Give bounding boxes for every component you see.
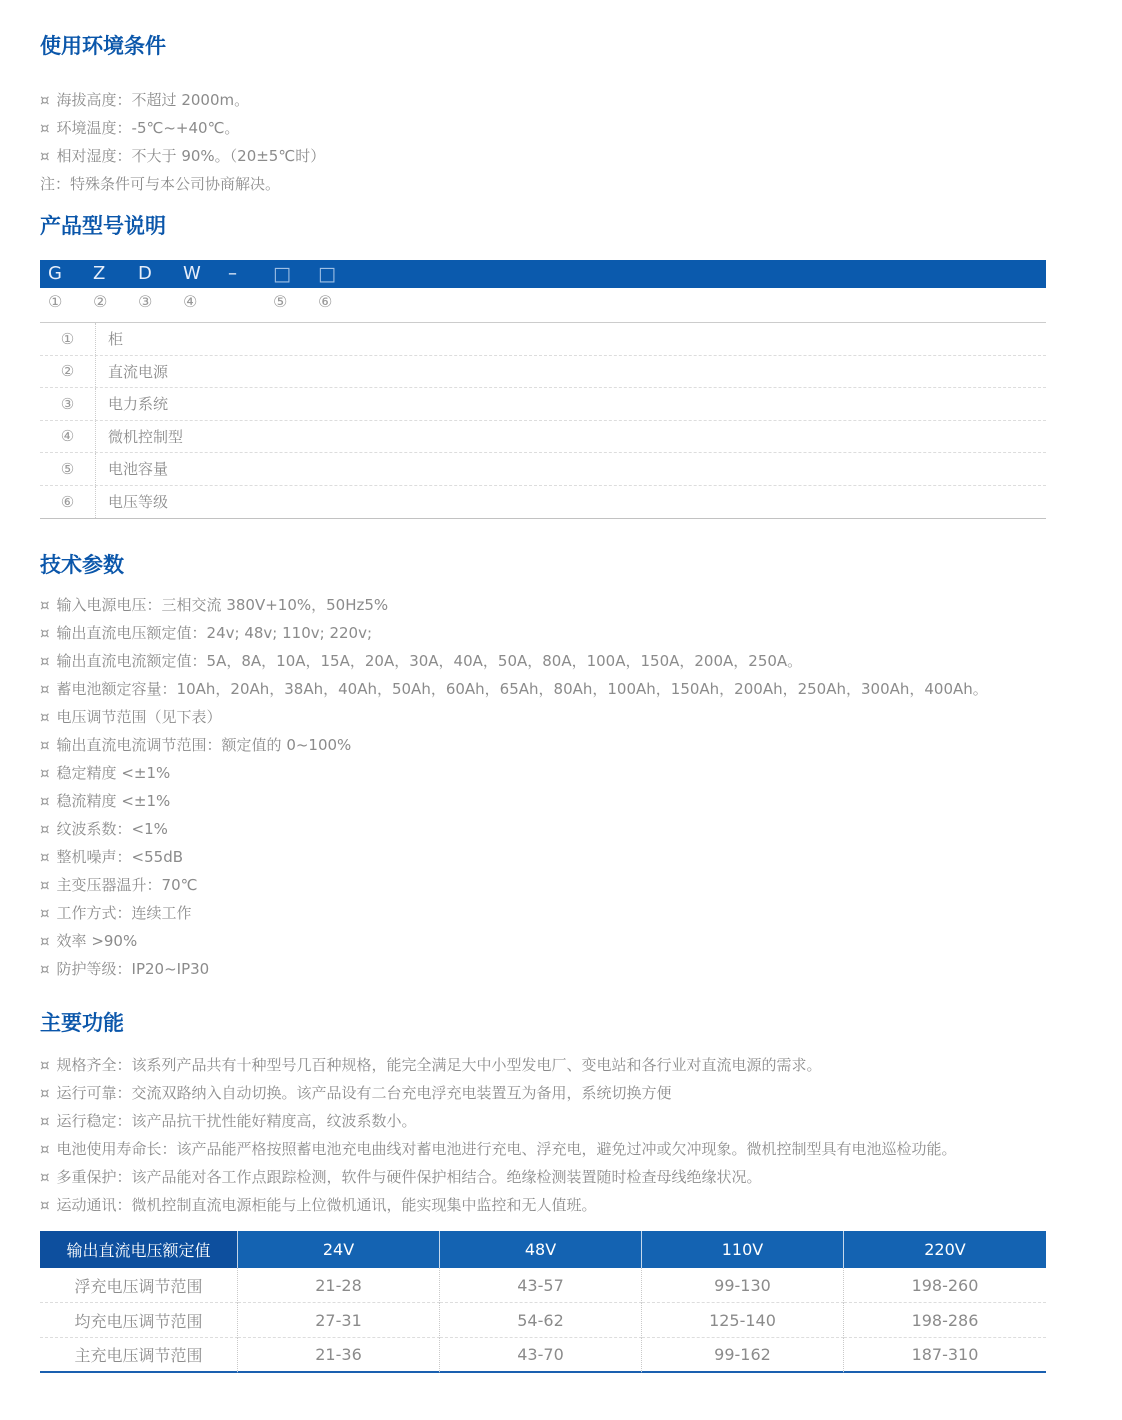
functions-title: 主要功能 xyxy=(40,1011,1082,1035)
tech-item: ¤效率 >90% xyxy=(40,927,1082,955)
voltage-table-cell: 主充电压调节范围 xyxy=(40,1338,238,1373)
bullet-marker: ¤ xyxy=(40,820,50,838)
tech-item: ¤工作方式：连续工作 xyxy=(40,899,1082,927)
tech-item-text: 输出直流电流额定值：5A，8A，10A，15A，20A，30A，40A，50A，… xyxy=(57,652,803,670)
table-row: ⑥ 电压等级 xyxy=(40,486,1046,519)
tech-item: ¤电压调节范围（见下表） xyxy=(40,703,1082,731)
position-mark-empty xyxy=(224,290,269,314)
tech-item-text: 工作方式：连续工作 xyxy=(57,904,192,922)
model-code-placeholder-box: □ xyxy=(314,260,359,288)
bullet-marker: ¤ xyxy=(40,764,50,782)
tech-item-text: 输出直流电压额定值：24v; 48v; 110v; 220v; xyxy=(57,624,372,642)
bullet-marker: ¤ xyxy=(40,596,50,614)
tech-item-text: 输入电源电压：三相交流 380V+10%，50Hz5% xyxy=(57,596,389,614)
voltage-table-header-cell: 220V xyxy=(844,1231,1046,1268)
function-item: ¤运行可靠：交流双路纳入自动切换。该产品设有二台充电浮充电装置互为备用，系统切换… xyxy=(40,1079,1082,1107)
tech-item-text: 蓄电池额定容量：10Ah，20Ah，38Ah，40Ah，50Ah，60Ah，65… xyxy=(57,680,988,698)
voltage-table-header-row: 输出直流电压额定值 24V 48V 110V 220V xyxy=(40,1231,1046,1268)
voltage-table-header-cell: 输出直流电压额定值 xyxy=(40,1231,238,1268)
section-model: 产品型号说明 G Z D W – □ □ ① ② ③ ④ ⑤ ⑥ ① 柜 ② xyxy=(40,214,1082,519)
voltage-table-cell: 125-140 xyxy=(642,1303,844,1338)
function-item-text: 电池使用寿命长：该产品能严格按照蓄电池充电曲线对蓄电池进行充电、浮充电，避免过冲… xyxy=(57,1140,957,1158)
model-title: 产品型号说明 xyxy=(40,214,1082,238)
tech-item: ¤蓄电池额定容量：10Ah，20Ah，38Ah，40Ah，50Ah，60Ah，6… xyxy=(40,675,1082,703)
voltage-table-cell: 54-62 xyxy=(440,1303,642,1338)
environment-list: ¤海拔高度：不超过 2000m。 ¤环境温度：-5℃~+40℃。 ¤相对湿度：不… xyxy=(40,86,1082,198)
voltage-table-cell: 27-31 xyxy=(238,1303,440,1338)
row-number: ③ xyxy=(40,388,96,420)
voltage-table-cell: 198-260 xyxy=(844,1268,1046,1303)
tech-item-text: 稳定精度 <±1% xyxy=(57,764,171,782)
environment-note: 注：特殊条件可与本公司协商解决。 xyxy=(40,170,1082,198)
row-label: 直流电源 xyxy=(96,356,168,388)
voltage-table-cell: 43-57 xyxy=(440,1268,642,1303)
row-label: 电池容量 xyxy=(96,453,168,485)
voltage-table-header-cell: 110V xyxy=(642,1231,844,1268)
table-row: ④ 微机控制型 xyxy=(40,421,1046,454)
bullet-marker: ¤ xyxy=(40,1084,50,1102)
tech-item: ¤输入电源电压：三相交流 380V+10%，50Hz5% xyxy=(40,591,1082,619)
tech-item: ¤防护等级：IP20~IP30 xyxy=(40,955,1082,983)
function-item: ¤多重保护：该产品能对各工作点跟踪检测，软件与硬件保护相结合。绝缘检测装置随时检… xyxy=(40,1163,1082,1191)
bullet-marker: ¤ xyxy=(40,1140,50,1158)
document-page: 使用环境条件 ¤海拔高度：不超过 2000m。 ¤环境温度：-5℃~+40℃。 … xyxy=(0,0,1122,1373)
position-mark: ④ xyxy=(179,290,224,314)
bullet-marker: ¤ xyxy=(40,904,50,922)
position-mark: ① xyxy=(44,290,89,314)
function-item: ¤规格齐全：该系列产品共有十种型号几百种规格，能完全满足大中小型发电厂、变电站和… xyxy=(40,1051,1082,1079)
voltage-table-cell: 99-130 xyxy=(642,1268,844,1303)
bullet-marker: ¤ xyxy=(40,1112,50,1130)
tech-item-text: 电压调节范围（见下表） xyxy=(57,708,222,726)
function-item-text: 多重保护：该产品能对各工作点跟踪检测，软件与硬件保护相结合。绝缘检测装置随时检查… xyxy=(57,1168,762,1186)
voltage-table: 输出直流电压额定值 24V 48V 110V 220V 浮充电压调节范围 21-… xyxy=(40,1231,1046,1373)
tech-item-text: 效率 >90% xyxy=(57,932,138,950)
row-number: ⑥ xyxy=(40,486,96,519)
environment-item-text: 相对湿度：不大于 90%。（20±5℃时） xyxy=(57,147,326,165)
function-item: ¤运行稳定：该产品抗干扰性能好精度高，纹波系数小。 xyxy=(40,1107,1082,1135)
bullet-marker: ¤ xyxy=(40,932,50,950)
tech-title: 技术参数 xyxy=(40,553,1082,577)
model-code-bar: G Z D W – □ □ xyxy=(40,260,1046,288)
bullet-marker: ¤ xyxy=(40,792,50,810)
voltage-table-row: 主充电压调节范围 21-36 43-70 99-162 187-310 xyxy=(40,1338,1046,1373)
bullet-marker: ¤ xyxy=(40,848,50,866)
voltage-table-row: 浮充电压调节范围 21-28 43-57 99-130 198-260 xyxy=(40,1268,1046,1303)
model-code-placeholder-box: □ xyxy=(269,260,314,288)
function-item-text: 运行可靠：交流双路纳入自动切换。该产品设有二台充电浮充电装置互为备用，系统切换方… xyxy=(57,1084,672,1102)
tech-item-text: 防护等级：IP20~IP30 xyxy=(57,960,210,978)
voltage-table-cell: 21-28 xyxy=(238,1268,440,1303)
environment-item-text: 环境温度：-5℃~+40℃。 xyxy=(57,119,240,137)
voltage-table-cell: 187-310 xyxy=(844,1338,1046,1373)
voltage-table-cell: 浮充电压调节范围 xyxy=(40,1268,238,1303)
model-legend-table: ① 柜 ② 直流电源 ③ 电力系统 ④ 微机控制型 ⑤ 电池容量 ⑥ 电压等级 xyxy=(40,322,1046,519)
position-mark: ⑥ xyxy=(314,290,359,314)
row-number: ① xyxy=(40,323,96,355)
row-label: 电力系统 xyxy=(96,388,168,420)
voltage-table-row: 均充电压调节范围 27-31 54-62 125-140 198-286 xyxy=(40,1303,1046,1338)
voltage-table-cell: 21-36 xyxy=(238,1338,440,1373)
table-row: ③ 电力系统 xyxy=(40,388,1046,421)
bullet-marker: ¤ xyxy=(40,680,50,698)
environment-item: ¤海拔高度：不超过 2000m。 xyxy=(40,86,1082,114)
bullet-marker: ¤ xyxy=(40,736,50,754)
position-mark: ② xyxy=(89,290,134,314)
environment-title: 使用环境条件 xyxy=(40,34,1082,58)
section-tech-params: 技术参数 ¤输入电源电压：三相交流 380V+10%，50Hz5% ¤输出直流电… xyxy=(40,553,1082,983)
environment-item-text: 海拔高度：不超过 2000m。 xyxy=(57,91,250,109)
row-number: ⑤ xyxy=(40,453,96,485)
model-code-letter: G xyxy=(44,260,89,288)
table-row: ② 直流电源 xyxy=(40,356,1046,389)
table-row: ⑤ 电池容量 xyxy=(40,453,1046,486)
bullet-marker: ¤ xyxy=(40,147,50,165)
voltage-table-cell: 43-70 xyxy=(440,1338,642,1373)
model-code-letter: D xyxy=(134,260,179,288)
tech-item: ¤整机噪声：<55dB xyxy=(40,843,1082,871)
row-number: ④ xyxy=(40,421,96,453)
bullet-marker: ¤ xyxy=(40,1056,50,1074)
environment-note-text: 注：特殊条件可与本公司协商解决。 xyxy=(40,175,280,193)
function-item-text: 运行稳定：该产品抗干扰性能好精度高，纹波系数小。 xyxy=(57,1112,417,1130)
row-label: 电压等级 xyxy=(96,486,168,519)
bullet-marker: ¤ xyxy=(40,960,50,978)
table-row: ① 柜 xyxy=(40,323,1046,356)
model-code-dash: – xyxy=(224,260,269,288)
tech-item: ¤输出直流电流调节范围：额定值的 0~100% xyxy=(40,731,1082,759)
function-item-text: 运动通讯：微机控制直流电源柜能与上位微机通讯，能实现集中监控和无人值班。 xyxy=(57,1196,597,1214)
function-item: ¤电池使用寿命长：该产品能严格按照蓄电池充电曲线对蓄电池进行充电、浮充电，避免过… xyxy=(40,1135,1082,1163)
model-position-row: ① ② ③ ④ ⑤ ⑥ xyxy=(40,290,1082,314)
tech-item-text: 纹波系数：<1% xyxy=(57,820,168,838)
tech-item: ¤稳流精度 <±1% xyxy=(40,787,1082,815)
position-mark: ③ xyxy=(134,290,179,314)
tech-item: ¤稳定精度 <±1% xyxy=(40,759,1082,787)
environment-item: ¤环境温度：-5℃~+40℃。 xyxy=(40,114,1082,142)
tech-item: ¤输出直流电压额定值：24v; 48v; 110v; 220v; xyxy=(40,619,1082,647)
row-number: ② xyxy=(40,356,96,388)
bullet-marker: ¤ xyxy=(40,1196,50,1214)
bullet-marker: ¤ xyxy=(40,91,50,109)
bullet-marker: ¤ xyxy=(40,652,50,670)
voltage-table-cell: 均充电压调节范围 xyxy=(40,1303,238,1338)
bullet-marker: ¤ xyxy=(40,119,50,137)
tech-item: ¤输出直流电流额定值：5A，8A，10A，15A，20A，30A，40A，50A… xyxy=(40,647,1082,675)
tech-item: ¤主变压器温升：70℃ xyxy=(40,871,1082,899)
row-label: 柜 xyxy=(96,323,123,355)
functions-list: ¤规格齐全：该系列产品共有十种型号几百种规格，能完全满足大中小型发电厂、变电站和… xyxy=(40,1051,1082,1219)
tech-item: ¤纹波系数：<1% xyxy=(40,815,1082,843)
bullet-marker: ¤ xyxy=(40,624,50,642)
row-label: 微机控制型 xyxy=(96,421,183,453)
voltage-table-header-cell: 24V xyxy=(238,1231,440,1268)
section-main-functions: 主要功能 ¤规格齐全：该系列产品共有十种型号几百种规格，能完全满足大中小型发电厂… xyxy=(40,1011,1082,1219)
function-item: ¤运动通讯：微机控制直流电源柜能与上位微机通讯，能实现集中监控和无人值班。 xyxy=(40,1191,1082,1219)
voltage-table-cell: 198-286 xyxy=(844,1303,1046,1338)
model-code-letter: Z xyxy=(89,260,134,288)
bullet-marker: ¤ xyxy=(40,876,50,894)
environment-item: ¤相对湿度：不大于 90%。（20±5℃时） xyxy=(40,142,1082,170)
voltage-table-header-cell: 48V xyxy=(440,1231,642,1268)
model-code-letter: W xyxy=(179,260,224,288)
tech-item-text: 主变压器温升：70℃ xyxy=(57,876,198,894)
bullet-marker: ¤ xyxy=(40,708,50,726)
section-environment: 使用环境条件 ¤海拔高度：不超过 2000m。 ¤环境温度：-5℃~+40℃。 … xyxy=(40,34,1082,198)
bullet-marker: ¤ xyxy=(40,1168,50,1186)
voltage-table-cell: 99-162 xyxy=(642,1338,844,1373)
tech-list: ¤输入电源电压：三相交流 380V+10%，50Hz5% ¤输出直流电压额定值：… xyxy=(40,591,1082,983)
tech-item-text: 输出直流电流调节范围：额定值的 0~100% xyxy=(57,736,352,754)
tech-item-text: 整机噪声：<55dB xyxy=(57,848,183,866)
position-mark: ⑤ xyxy=(269,290,314,314)
function-item-text: 规格齐全：该系列产品共有十种型号几百种规格，能完全满足大中小型发电厂、变电站和各… xyxy=(57,1056,822,1074)
tech-item-text: 稳流精度 <±1% xyxy=(57,792,171,810)
